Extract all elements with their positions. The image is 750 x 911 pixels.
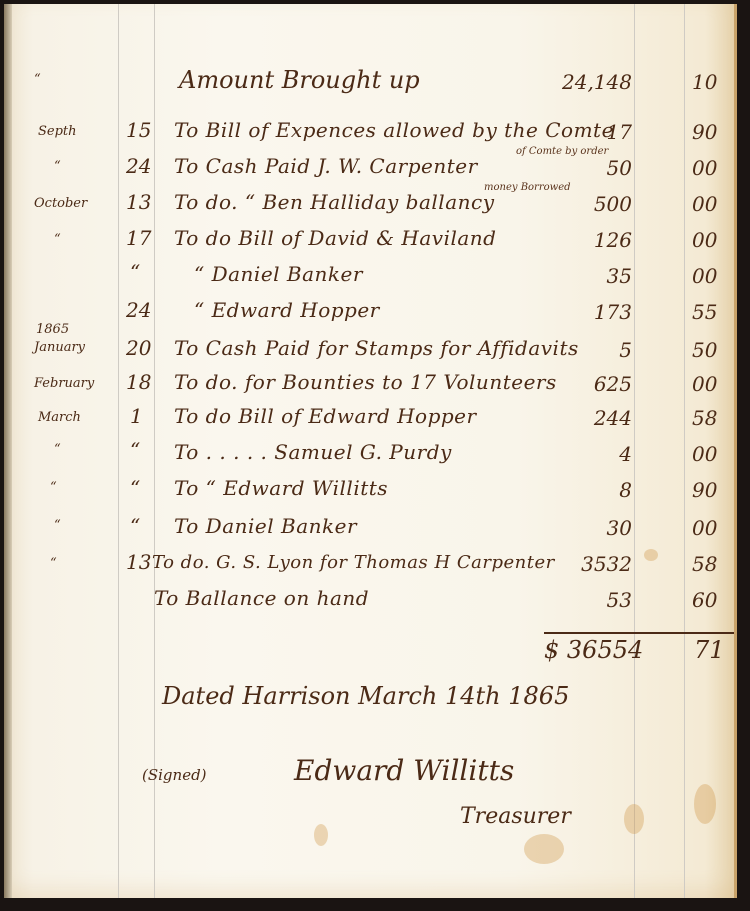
entry-day: 24 [126,154,151,178]
entry-cents: 90 [692,478,732,502]
entry-dollars: 50 [552,156,632,180]
entry-day: 13 [126,550,151,574]
entry-day: 13 [126,190,151,214]
signed-label: (Signed) [142,766,207,784]
entry-month: October [34,196,87,211]
water-stain [694,784,716,824]
entry-dollars: 5 [552,338,632,362]
entry-description: “ Daniel Banker [194,262,363,286]
entry-cents: 60 [692,588,732,612]
entry-description: To “ Edward Willitts [174,476,388,500]
entry-cents: 58 [692,406,732,430]
water-stain [644,549,658,561]
entry-month: February [34,376,94,391]
entry-month: March [38,410,81,425]
entry-dollars: 3532 [552,552,632,576]
book-binding [4,4,12,898]
entry-cents: 50 [692,338,732,362]
entry-description: To do. “ Ben Halliday ballancy [174,190,495,214]
entry-description: “ Edward Hopper [194,298,380,322]
entry-description: To do. G. S. Lyon for Thomas H Carpenter [152,552,555,573]
entry-day: 20 [126,336,151,360]
entry-day: 1 [130,404,143,428]
entry-day: 17 [126,226,151,250]
entry-day: “ [130,514,140,538]
water-stain [314,824,328,846]
entry-cents: 00 [692,516,732,540]
entry-month: “ [54,232,61,247]
entry-description: To Bill of Expences allowed by the Comte [174,118,614,142]
entry-cents: 00 [692,264,732,288]
entry-cents: 58 [692,552,732,576]
signature: Edward Willitts [294,754,514,787]
entry-description: To do Bill of David & Haviland [174,226,496,250]
total-dollars: $ 36554 [544,636,643,664]
entry-cents: 00 [692,372,732,396]
entry-dollars: 30 [552,516,632,540]
total-cents: 71 [694,636,725,664]
entry-day: 15 [126,118,151,142]
entry-day: 24 [126,298,151,322]
entry-dollars: 126 [552,228,632,252]
amount-brought-up-dollars: 24,148 [552,70,632,94]
entry-dollars: 17 [552,120,632,144]
entry-dollars: 8 [552,478,632,502]
water-stain [624,804,644,834]
entry-month: “ [54,159,61,174]
day-column-rule [154,4,155,898]
dated-line: Dated Harrison March 14th 1865 [162,682,569,710]
entry-month: January [34,340,85,355]
entry-description: To Cash Paid J. W. Carpenter [174,154,478,178]
entry-description: To Cash Paid for Stamps for Affidavits [174,336,579,360]
entry-description: To . . . . . Samuel G. Purdy [174,440,452,464]
entry-cents: 00 [692,442,732,466]
dollars-column-rule [634,4,635,898]
entry-dollars: 53 [552,588,632,612]
entry-month: “ [54,442,61,457]
entry-day: “ [130,476,140,500]
ledger-page: “ Amount Brought up 24,148 10 Septh 15 T… [4,4,737,898]
entry-day: “ [130,260,140,284]
entry-cents: 55 [692,300,732,324]
entry-cents: 00 [692,156,732,180]
total-rule [544,632,734,634]
month-column-rule [118,4,119,898]
entry-dollars: 244 [552,406,632,430]
amount-brought-up-cents: 10 [692,70,732,94]
entry-description: To Ballance on hand [154,586,369,610]
entry-day: 18 [126,370,151,394]
entry-cents: 00 [692,192,732,216]
entry-cents: 00 [692,228,732,252]
entry-month: “ [50,556,57,571]
entry-dollars: 35 [552,264,632,288]
corner-mark: “ [34,72,41,87]
entry-description: To do. for Bounties to 17 Volunteers [174,370,557,394]
entry-month: “ [54,518,61,533]
entry-description: To Daniel Banker [174,514,357,538]
amount-brought-up-label: Amount Brought up [179,66,420,94]
entry-cents: 90 [692,120,732,144]
entry-year: 1865 [36,322,69,337]
entry-day: “ [130,438,140,462]
cents-column-rule [684,4,685,898]
entry-dollars: 173 [552,300,632,324]
entry-month: “ [50,480,57,495]
signatory-title: Treasurer [460,804,571,829]
entry-dollars: 625 [552,372,632,396]
entry-dollars: 500 [552,192,632,216]
water-stain [524,834,564,864]
entry-month: Septh [38,124,77,139]
entry-description: To do Bill of Edward Hopper [174,404,477,428]
entry-dollars: 4 [552,442,632,466]
